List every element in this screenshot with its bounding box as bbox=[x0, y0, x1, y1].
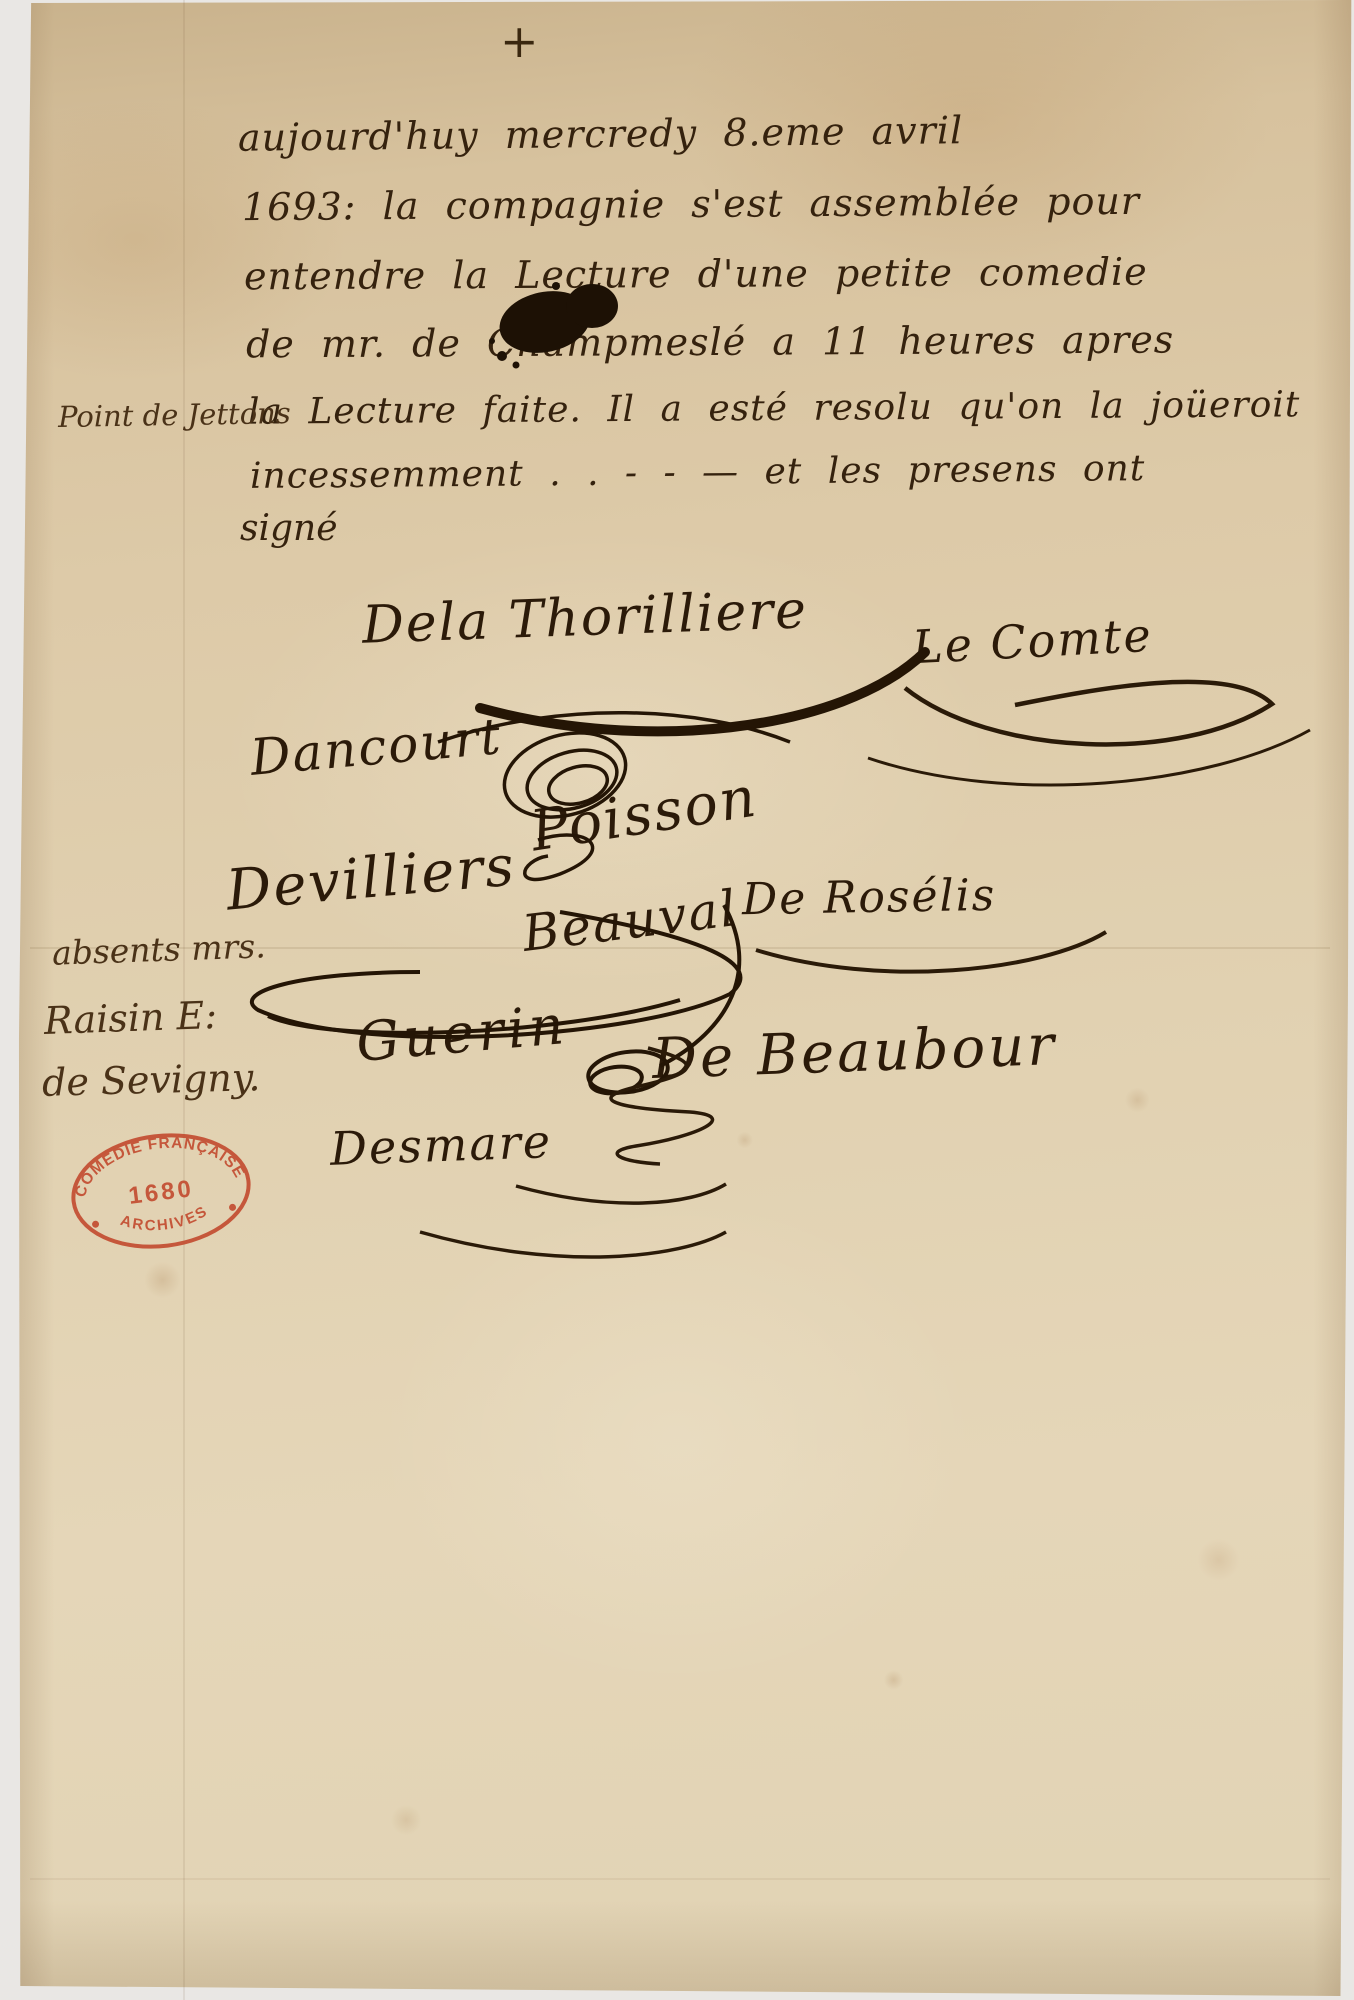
body-line: incessemment . . - - — et les presens on… bbox=[250, 448, 1146, 497]
margin-note-absent-raisin: Raisin E: bbox=[43, 993, 217, 1043]
body-line: de mr. de Champmeslé a 11 heures apres bbox=[246, 318, 1174, 367]
margin-note-point-de-jettons: Point de Jettons bbox=[58, 396, 291, 434]
body-line: la Lecture faite. Il a esté resolu qu'on… bbox=[248, 384, 1301, 432]
signature-desmare: Desmare bbox=[329, 1114, 553, 1176]
comedie-francaise-archive-stamp: COMÉDIE FRANÇAISE 1680 ARCHIVES bbox=[59, 1115, 263, 1267]
signature-de-roselis: De Rosélis bbox=[742, 870, 997, 925]
margin-note-absent-sevigny: de Sevigny. bbox=[41, 1055, 260, 1105]
photograph-backdrop: { "colors": { "ink": "#35220e", "signatu… bbox=[0, 0, 1354, 2000]
signed-label: signé bbox=[240, 508, 338, 549]
body-line: aujourd'huy mercredy 8.eme avril bbox=[238, 108, 964, 160]
body-line: entendre la Lecture d'une petite comedie bbox=[244, 250, 1148, 299]
top-cross-mark: + bbox=[500, 14, 539, 68]
stamp-year: 1680 bbox=[127, 1175, 195, 1210]
stamp-ornament-right bbox=[229, 1204, 237, 1212]
margin-note-absents: absents mrs. bbox=[51, 926, 266, 972]
stamp-ornament-left bbox=[92, 1220, 100, 1228]
body-line: 1693: la compagnie s'est assemblée pour bbox=[242, 179, 1140, 229]
